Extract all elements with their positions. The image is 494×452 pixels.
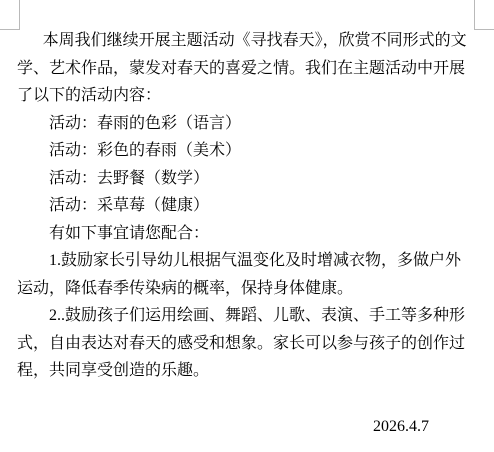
intro-paragraph: 本周我们继续开展主题活动《寻找春天》，欣赏不同形式的文学、艺术作品，蒙发对春天的… <box>17 27 475 110</box>
margin-mark-top-right <box>474 0 494 30</box>
activity-line-art: 活动：彩色的春雨（美术） <box>17 137 475 165</box>
notice-item-1: 1.鼓励家长引导幼儿根据气温变化及时增减衣物，多做户外运动，降低春季传染病的概率… <box>17 247 475 302</box>
cooperation-intro-line: 有如下事宜请您配合： <box>17 220 475 248</box>
document-body: 本周我们继续开展主题活动《寻找春天》，欣赏不同形式的文学、艺术作品，蒙发对春天的… <box>17 27 475 440</box>
margin-mark-top-left <box>0 0 20 30</box>
activity-line-math: 活动：去野餐（数学） <box>17 165 475 193</box>
activity-line-health: 活动：采草莓（健康） <box>17 192 475 220</box>
notice-item-2: 2..鼓励孩子们运用绘画、舞蹈、儿歌、表演、手工等多种形式，自由表达对春天的感受… <box>17 302 475 385</box>
document-page: 本周我们继续开展主题活动《寻找春天》，欣赏不同形式的文学、艺术作品，蒙发对春天的… <box>0 0 494 452</box>
activity-line-language: 活动：春雨的色彩（语言） <box>17 110 475 138</box>
date-line: 2026.4.7 <box>17 413 475 441</box>
